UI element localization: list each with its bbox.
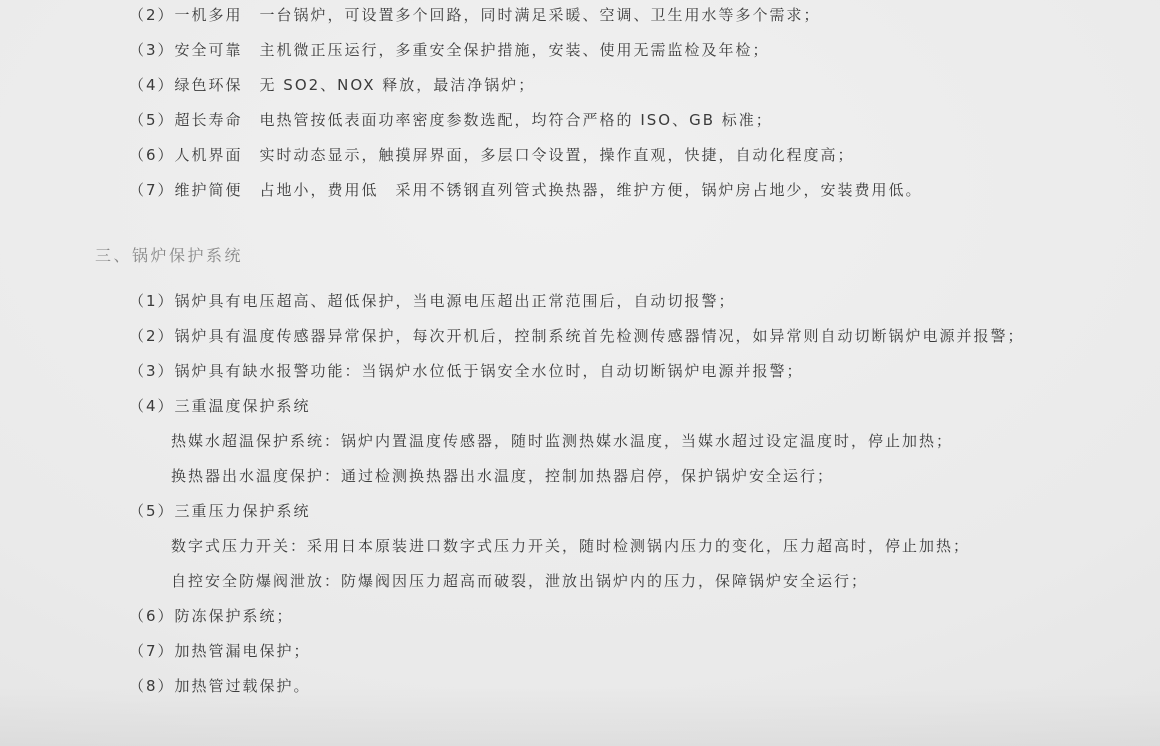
protection-sub-item-safety-burst-valve: 自控安全防爆阀泄放：防爆阀因压力超高而破裂，泄放出锅炉内的压力，保障锅炉安全运行… — [0, 564, 1160, 599]
feature-item-5: （5）超长寿命 电热管按低表面功率密度参数选配，均符合严格的 ISO、GB 标准… — [0, 103, 1160, 138]
feature-item-6: （6）人机界面 实时动态显示，触摸屏界面，多层口令设置，操作直观，快捷，自动化程… — [0, 138, 1160, 173]
protection-sub-item-heat-exchanger-outlet: 换热器出水温度保护：通过检测换热器出水温度，控制加热器启停，保护锅炉安全运行； — [0, 459, 1160, 494]
protection-item-5: （5）三重压力保护系统 — [0, 494, 1160, 529]
protection-item-2: （2）锅炉具有温度传感器异常保护，每次开机后，控制系统首先检测传感器情况，如异常… — [0, 319, 1160, 354]
feature-item-4: （4）绿色环保 无 SO2、NOX 释放，最洁净锅炉； — [0, 68, 1160, 103]
document-page: （2）一机多用 一台锅炉，可设置多个回路，同时满足采暖、空调、卫生用水等多个需求… — [0, 0, 1160, 704]
protection-sub-item-digital-pressure-switch: 数字式压力开关：采用日本原装进口数字式压力开关，随时检测锅内压力的变化，压力超高… — [0, 529, 1160, 564]
protection-item-1: （1）锅炉具有电压超高、超低保护，当电源电压超出正常范围后，自动切报警； — [0, 284, 1160, 319]
feature-item-2: （2）一机多用 一台锅炉，可设置多个回路，同时满足采暖、空调、卫生用水等多个需求… — [0, 0, 1160, 33]
feature-item-3: （3）安全可靠 主机微正压运行，多重安全保护措施，安装、使用无需监检及年检； — [0, 33, 1160, 68]
protection-item-7: （7）加热管漏电保护； — [0, 634, 1160, 669]
protection-item-4: （4）三重温度保护系统 — [0, 389, 1160, 424]
protection-item-3: （3）锅炉具有缺水报警功能：当锅炉水位低于锅安全水位时，自动切断锅炉电源并报警； — [0, 354, 1160, 389]
protection-sub-item-media-water-overtemp: 热媒水超温保护系统：锅炉内置温度传感器，随时监测热媒水温度，当媒水超过设定温度时… — [0, 424, 1160, 459]
protection-item-6: （6）防冻保护系统； — [0, 599, 1160, 634]
feature-item-7: （7）维护简便 占地小，费用低 采用不锈钢直列管式换热器，维护方便，锅炉房占地少… — [0, 173, 1160, 208]
section-heading-protection-system: 三、锅炉保护系统 — [0, 238, 1160, 273]
protection-item-8: （8）加热管过载保护。 — [0, 669, 1160, 704]
